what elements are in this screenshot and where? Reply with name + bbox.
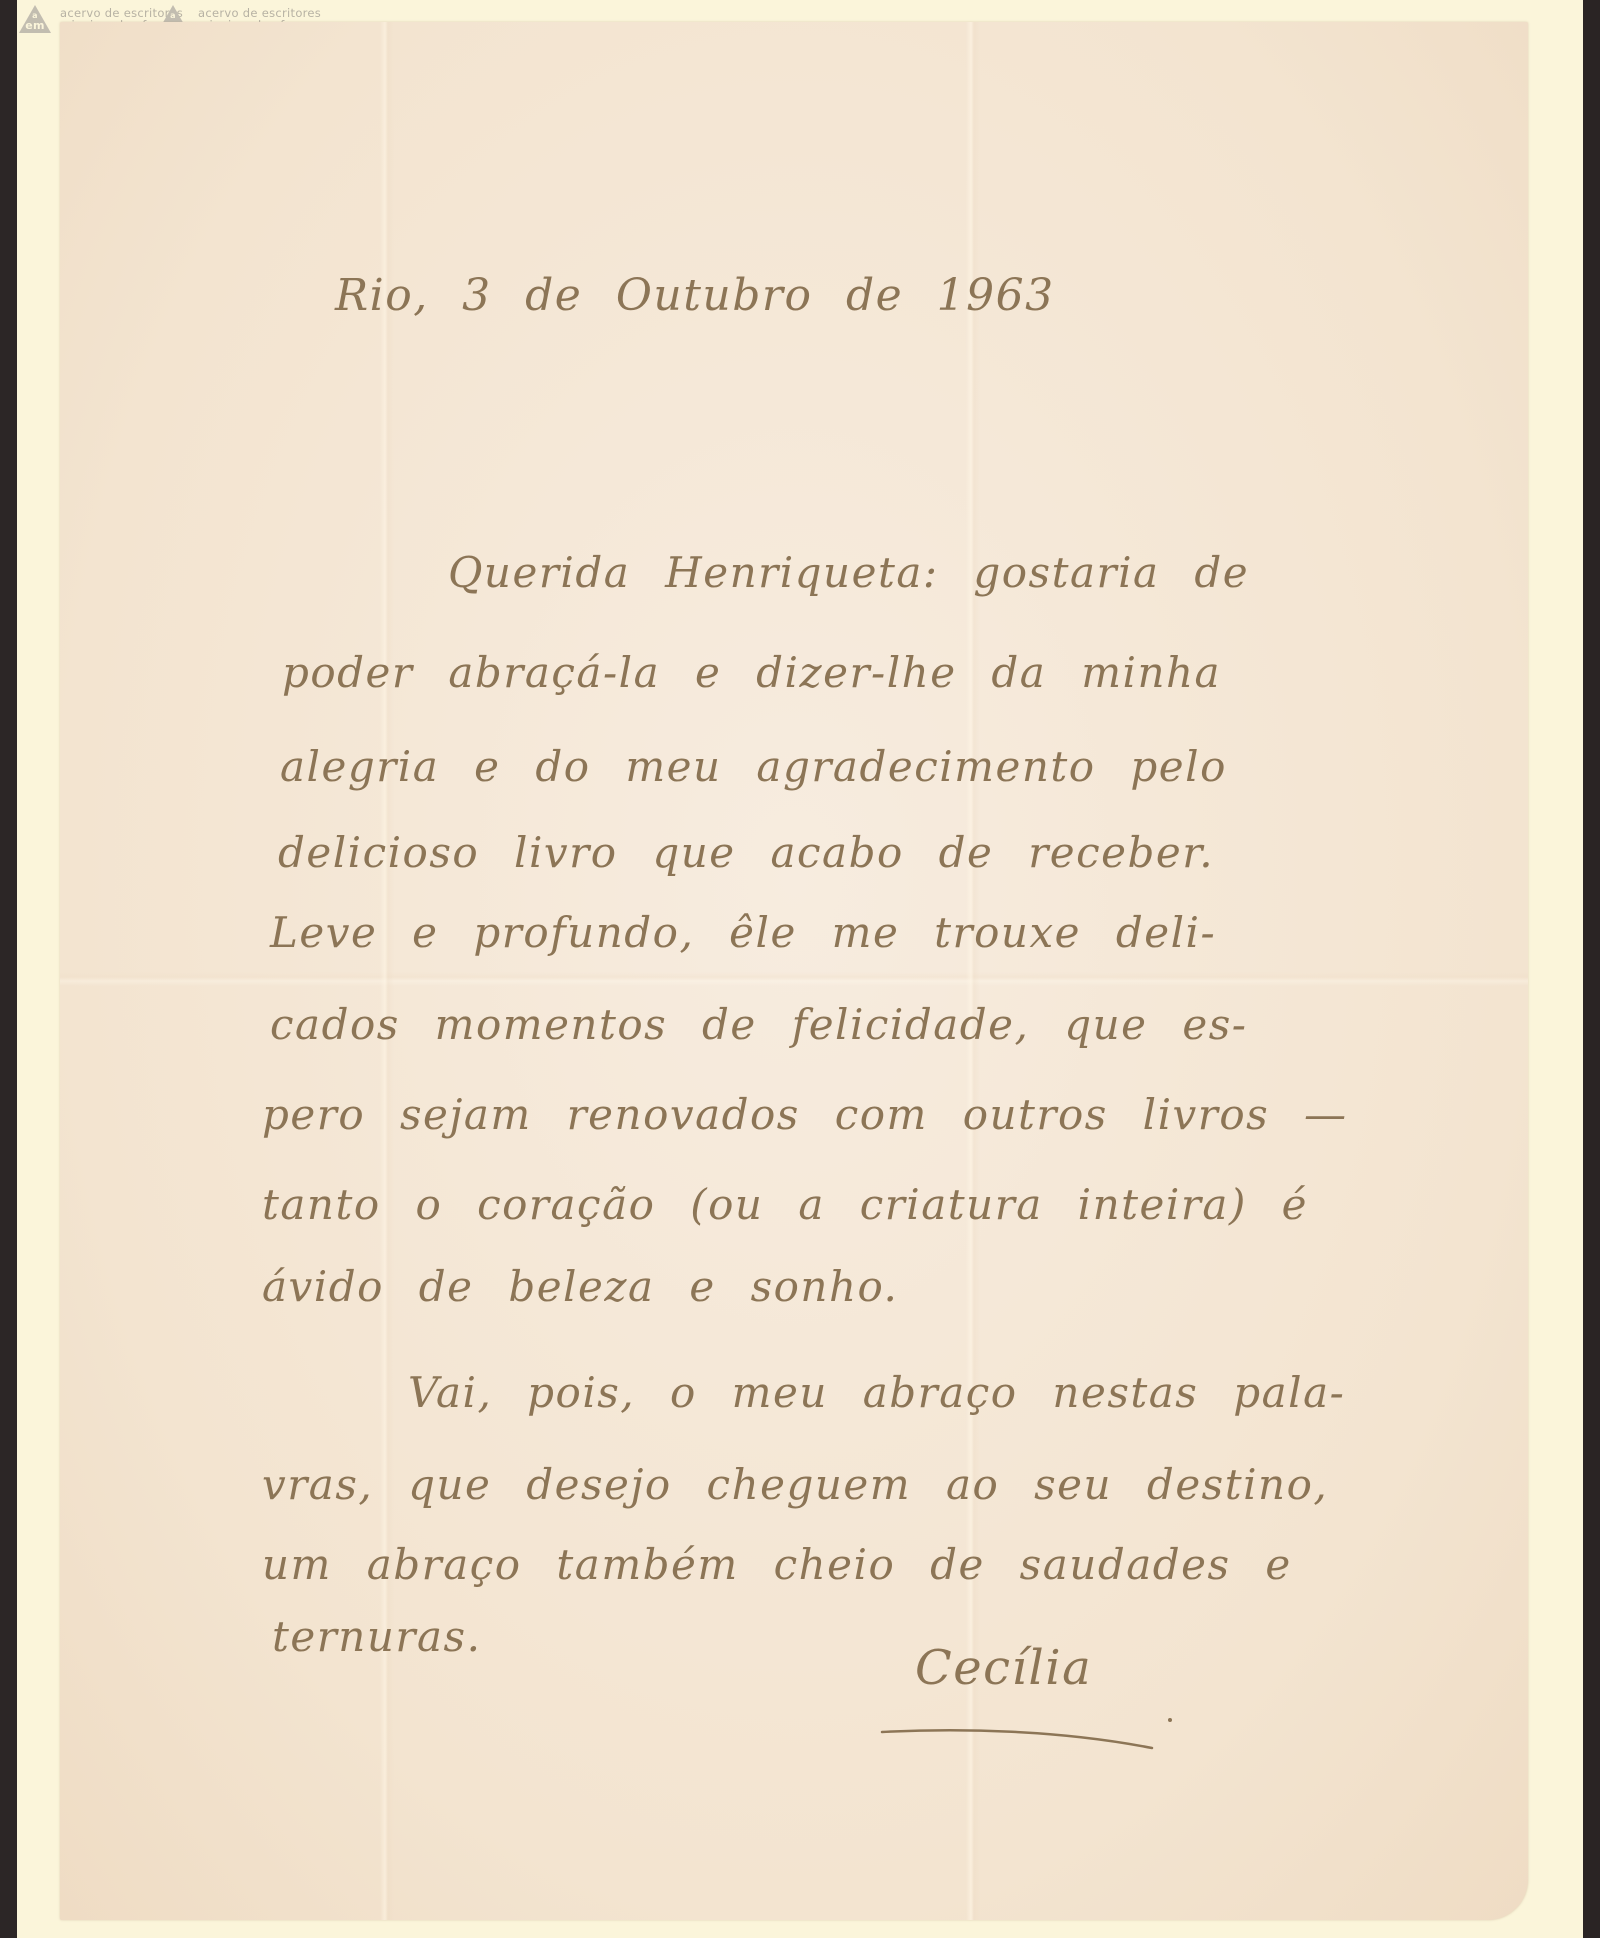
- letter-line: ávido de beleza e sonho.: [262, 1262, 898, 1311]
- frame-edge-left: [0, 0, 17, 1938]
- letter-signature: Cecília: [915, 1640, 1092, 1696]
- acervo-logo-icon: em a: [18, 4, 52, 34]
- svg-text:em: em: [25, 19, 45, 32]
- letter-line: tanto o coração (ou a criatura inteira) …: [262, 1180, 1308, 1229]
- letter-line: Querida Henriqueta: gostaria de: [448, 548, 1249, 597]
- letter-line: cados momentos de felicidade, que es-: [270, 1000, 1247, 1049]
- letter-line: vras, que desejo cheguem ao seu destino,: [262, 1460, 1328, 1509]
- letter-line: um abraço também cheio de saudades e: [262, 1540, 1292, 1589]
- letter-line: ternuras.: [272, 1612, 481, 1661]
- letter-dateline: Rio, 3 de Outubro de 1963: [335, 270, 1055, 321]
- signature-underline: [880, 1728, 1155, 1750]
- letter-line: poder abraçá-la e dizer-lhe da minha: [282, 648, 1221, 697]
- frame-edge-right: [1583, 0, 1600, 1938]
- signature-dot: [1168, 1718, 1172, 1722]
- letter-line: alegria e do meu agradecimento pelo: [280, 742, 1227, 791]
- letter-line: Leve e profundo, êle me trouxe deli-: [270, 908, 1216, 957]
- letter-line: pero sejam renovados com outros livros —: [262, 1090, 1348, 1139]
- letter-line: Vai, pois, o meu abraço nestas pala-: [408, 1368, 1345, 1417]
- letter-line: delicioso livro que acabo de receber.: [278, 828, 1214, 877]
- svg-text:a: a: [32, 11, 38, 20]
- svg-text:a: a: [170, 11, 176, 20]
